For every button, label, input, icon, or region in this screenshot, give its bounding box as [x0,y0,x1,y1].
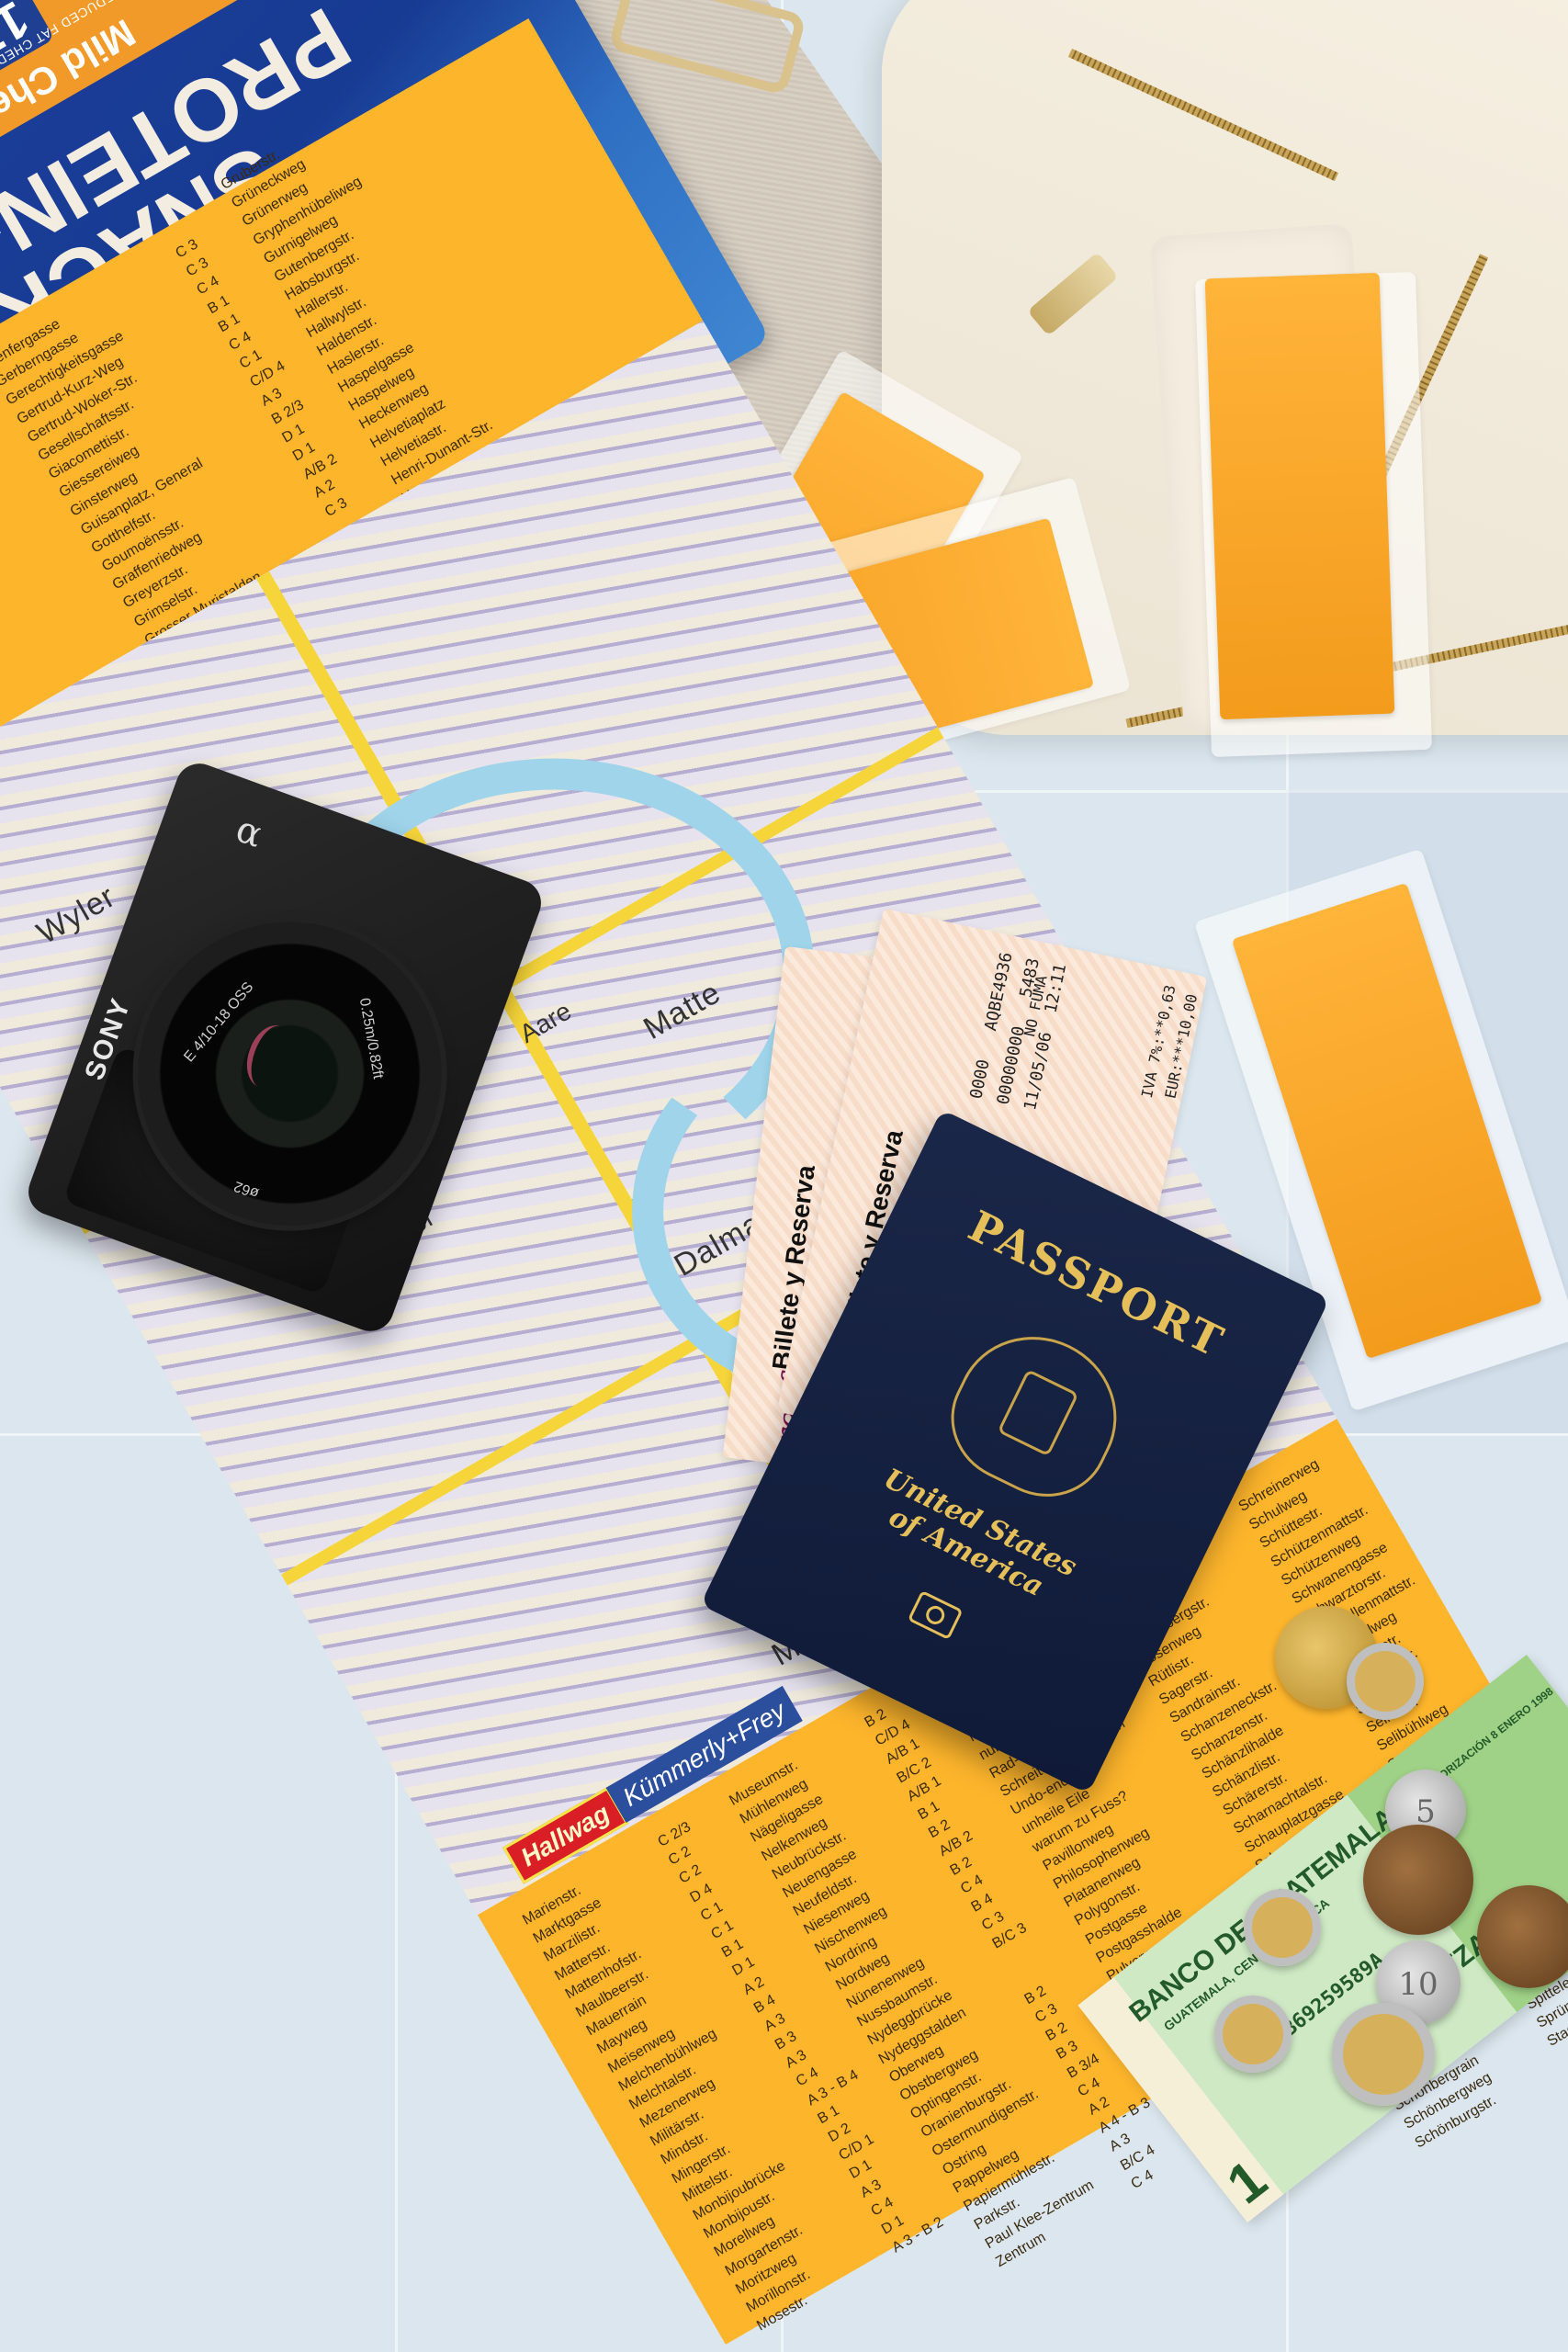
banknote-denomination: 1 [1215,2147,1279,2216]
map-label: Wyler [31,879,122,953]
coin [1244,1889,1321,1966]
coin-value: 10 [1376,1966,1461,2003]
cheese-stick [1205,273,1395,719]
biometric-chip-icon [908,1590,964,1640]
coin [1347,1643,1424,1720]
coin [1332,2003,1435,2106]
lens-spec: E 4/10-18 OSS [181,979,257,1066]
country-line-2: of America [765,1443,1168,1661]
lens-focus-distance: 0.25m/0.82ft [355,997,386,1080]
lens-reflection [239,1019,300,1094]
eagle-seal-icon [931,1310,1143,1518]
coin [1214,1996,1292,2073]
lens-filter-size: ø62 [232,1177,262,1201]
coin [1363,1825,1473,1935]
zipper [1068,49,1338,181]
